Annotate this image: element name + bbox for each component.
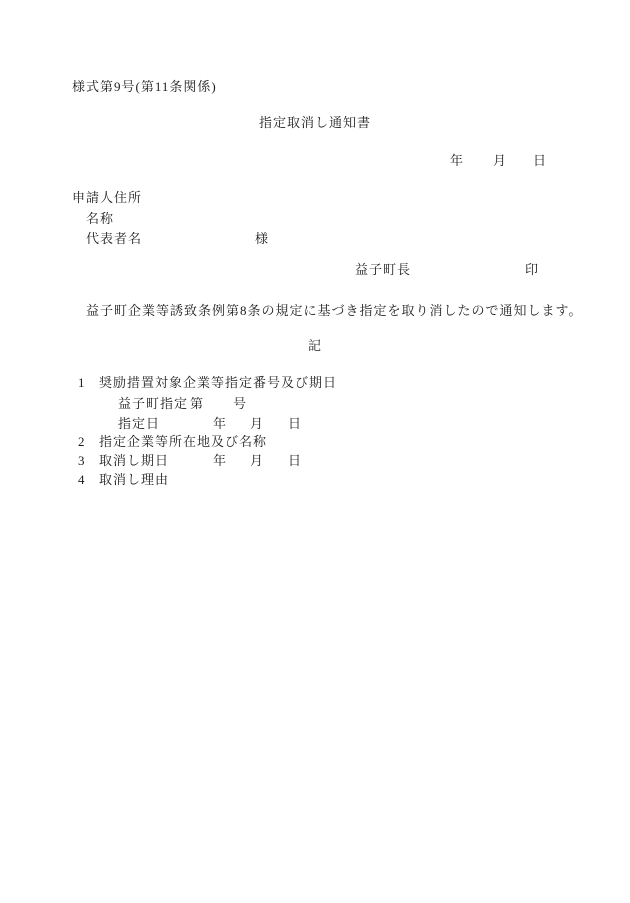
item4-number: 4 <box>78 472 86 488</box>
item3-number: 3 <box>78 453 86 469</box>
applicant-representative-label: 代表者名 <box>86 231 142 247</box>
applicant-address-label: 申請人住所 <box>72 190 142 206</box>
item1-number: 1 <box>78 375 86 391</box>
date-day-label: 日 <box>533 153 547 169</box>
item1-label: 奨励措置対象企業等指定番号及び期日 <box>99 375 337 391</box>
designation-date-month-label: 月 <box>250 416 264 432</box>
issuer-title: 益子町長 <box>355 262 411 278</box>
designation-date-day-label: 日 <box>288 416 302 432</box>
designation-date-year-label: 年 <box>213 416 227 432</box>
cancellation-date-year-label: 年 <box>213 453 227 469</box>
form-number: 様式第9号(第11条関係) <box>72 79 217 95</box>
form-document: 様式第9号(第11条関係) 指定取消し通知書 年 月 日 申請人住所 名称 代表… <box>0 0 630 903</box>
date-year-label: 年 <box>450 153 464 169</box>
document-title: 指定取消し通知書 <box>0 115 630 131</box>
date-month-label: 月 <box>493 153 507 169</box>
body-text: 益子町企業等誘致条例第8条の規定に基づき指定を取り消したので通知します。 <box>86 303 582 319</box>
item2-number: 2 <box>78 434 86 450</box>
record-marker: 記 <box>0 338 630 354</box>
designation-prefix: 益子町指定 <box>118 396 188 412</box>
honorific-sama: 様 <box>255 231 269 247</box>
designation-go-label: 号 <box>233 396 247 412</box>
item4-label: 取消し理由 <box>99 472 169 488</box>
cancellation-date-day-label: 日 <box>288 453 302 469</box>
applicant-name-label: 名称 <box>86 211 114 227</box>
designation-dai-label: 第 <box>190 396 204 412</box>
item3-label: 取消し期日 <box>99 453 169 469</box>
item2-label: 指定企業等所在地及び名称 <box>99 434 267 450</box>
seal-label: 印 <box>525 262 539 278</box>
cancellation-date-month-label: 月 <box>250 453 264 469</box>
designation-date-label: 指定日 <box>118 416 160 432</box>
